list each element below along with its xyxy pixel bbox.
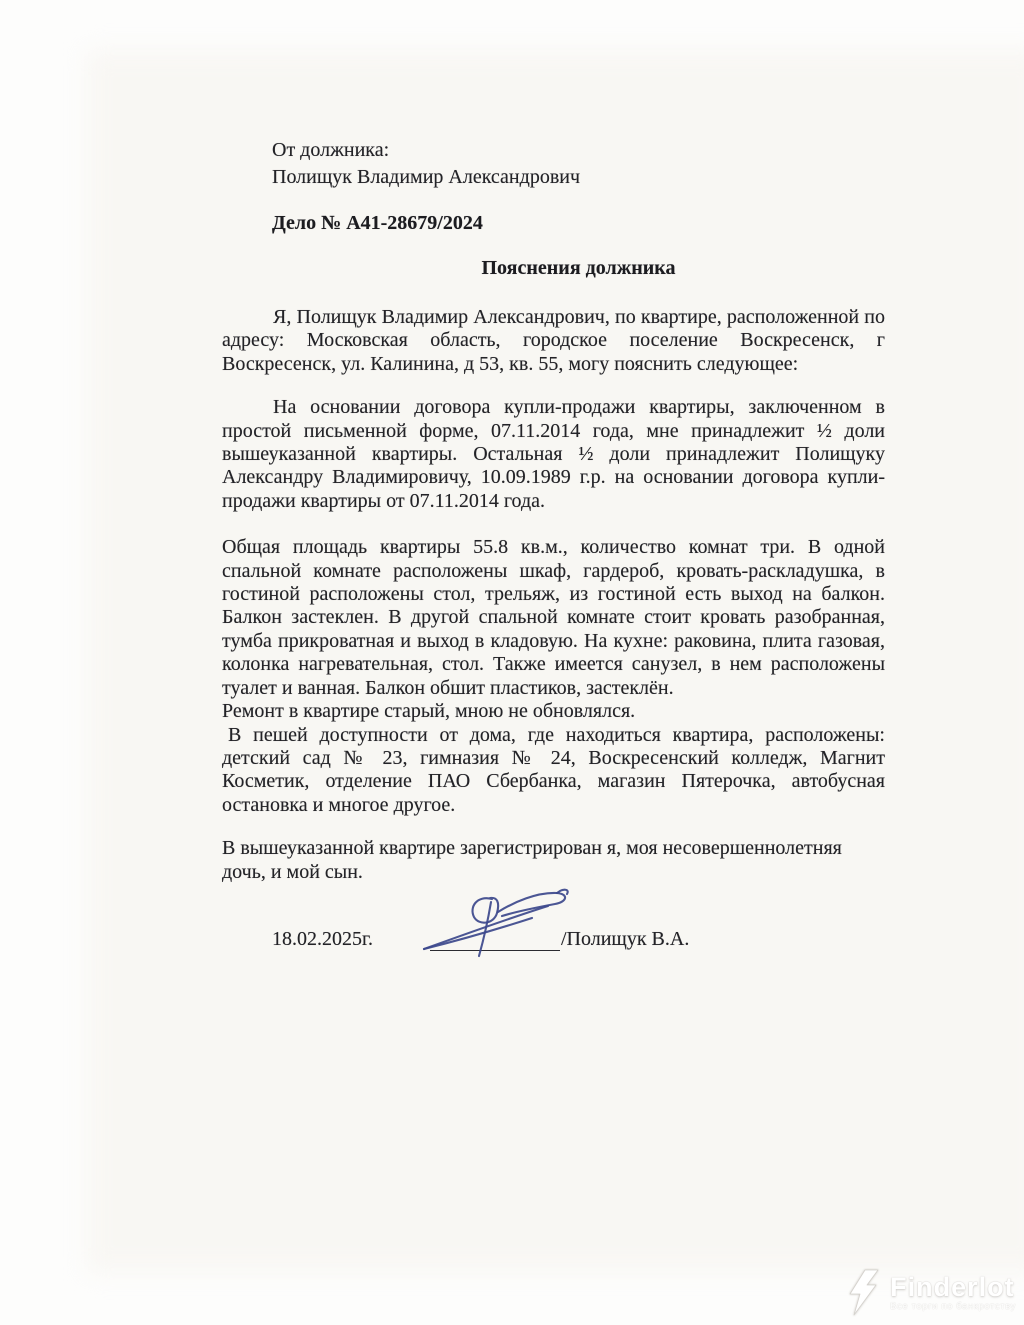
signature-line <box>430 927 560 951</box>
signature-block: 18.02.2025г. /Полищук В.А. <box>272 927 885 951</box>
paragraph-registered-persons: В вышеуказанной квартире зарегистрирован… <box>222 837 885 884</box>
document-header: От должника: Полищук Владимир Александро… <box>272 137 885 237</box>
paragraph-surroundings: В пешей доступности от дома, где находит… <box>222 724 885 818</box>
paragraph-ownership: На основании договора купли-продажи квар… <box>222 396 885 513</box>
document-content: От должника: Полищук Владимир Александро… <box>222 0 885 951</box>
signatory-name: /Полищук В.А. <box>560 928 689 951</box>
document-title: Пояснения должника <box>272 255 885 282</box>
paragraph-apartment-description: Общая площадь квартиры 55.8 кв.м., колич… <box>222 536 885 700</box>
scanned-document-page: От должника: Полищук Владимир Александро… <box>0 0 1024 1325</box>
finderlot-ribbon-icon <box>843 1269 885 1317</box>
paragraph-intro: Я, Полищук Владимир Александрович, по кв… <box>222 306 885 376</box>
handwritten-signature <box>418 885 580 961</box>
case-number: Дело № А41-28679/2024 <box>272 210 885 237</box>
watermark-text: Finderlot Все торги по банкротству <box>890 1274 1016 1312</box>
finderlot-watermark: Finderlot Все торги по банкротству <box>843 1269 1016 1317</box>
from-label: От должника: <box>272 137 885 164</box>
signature-date: 18.02.2025г. <box>272 928 430 951</box>
watermark-brand: Finderlot <box>890 1274 1016 1301</box>
watermark-tagline: Все торги по банкротству <box>890 1301 1016 1312</box>
debtor-name: Полищук Владимир Александрович <box>272 164 885 191</box>
paragraph-renovation: Ремонт в квартире старый, мною не обновл… <box>222 700 885 723</box>
